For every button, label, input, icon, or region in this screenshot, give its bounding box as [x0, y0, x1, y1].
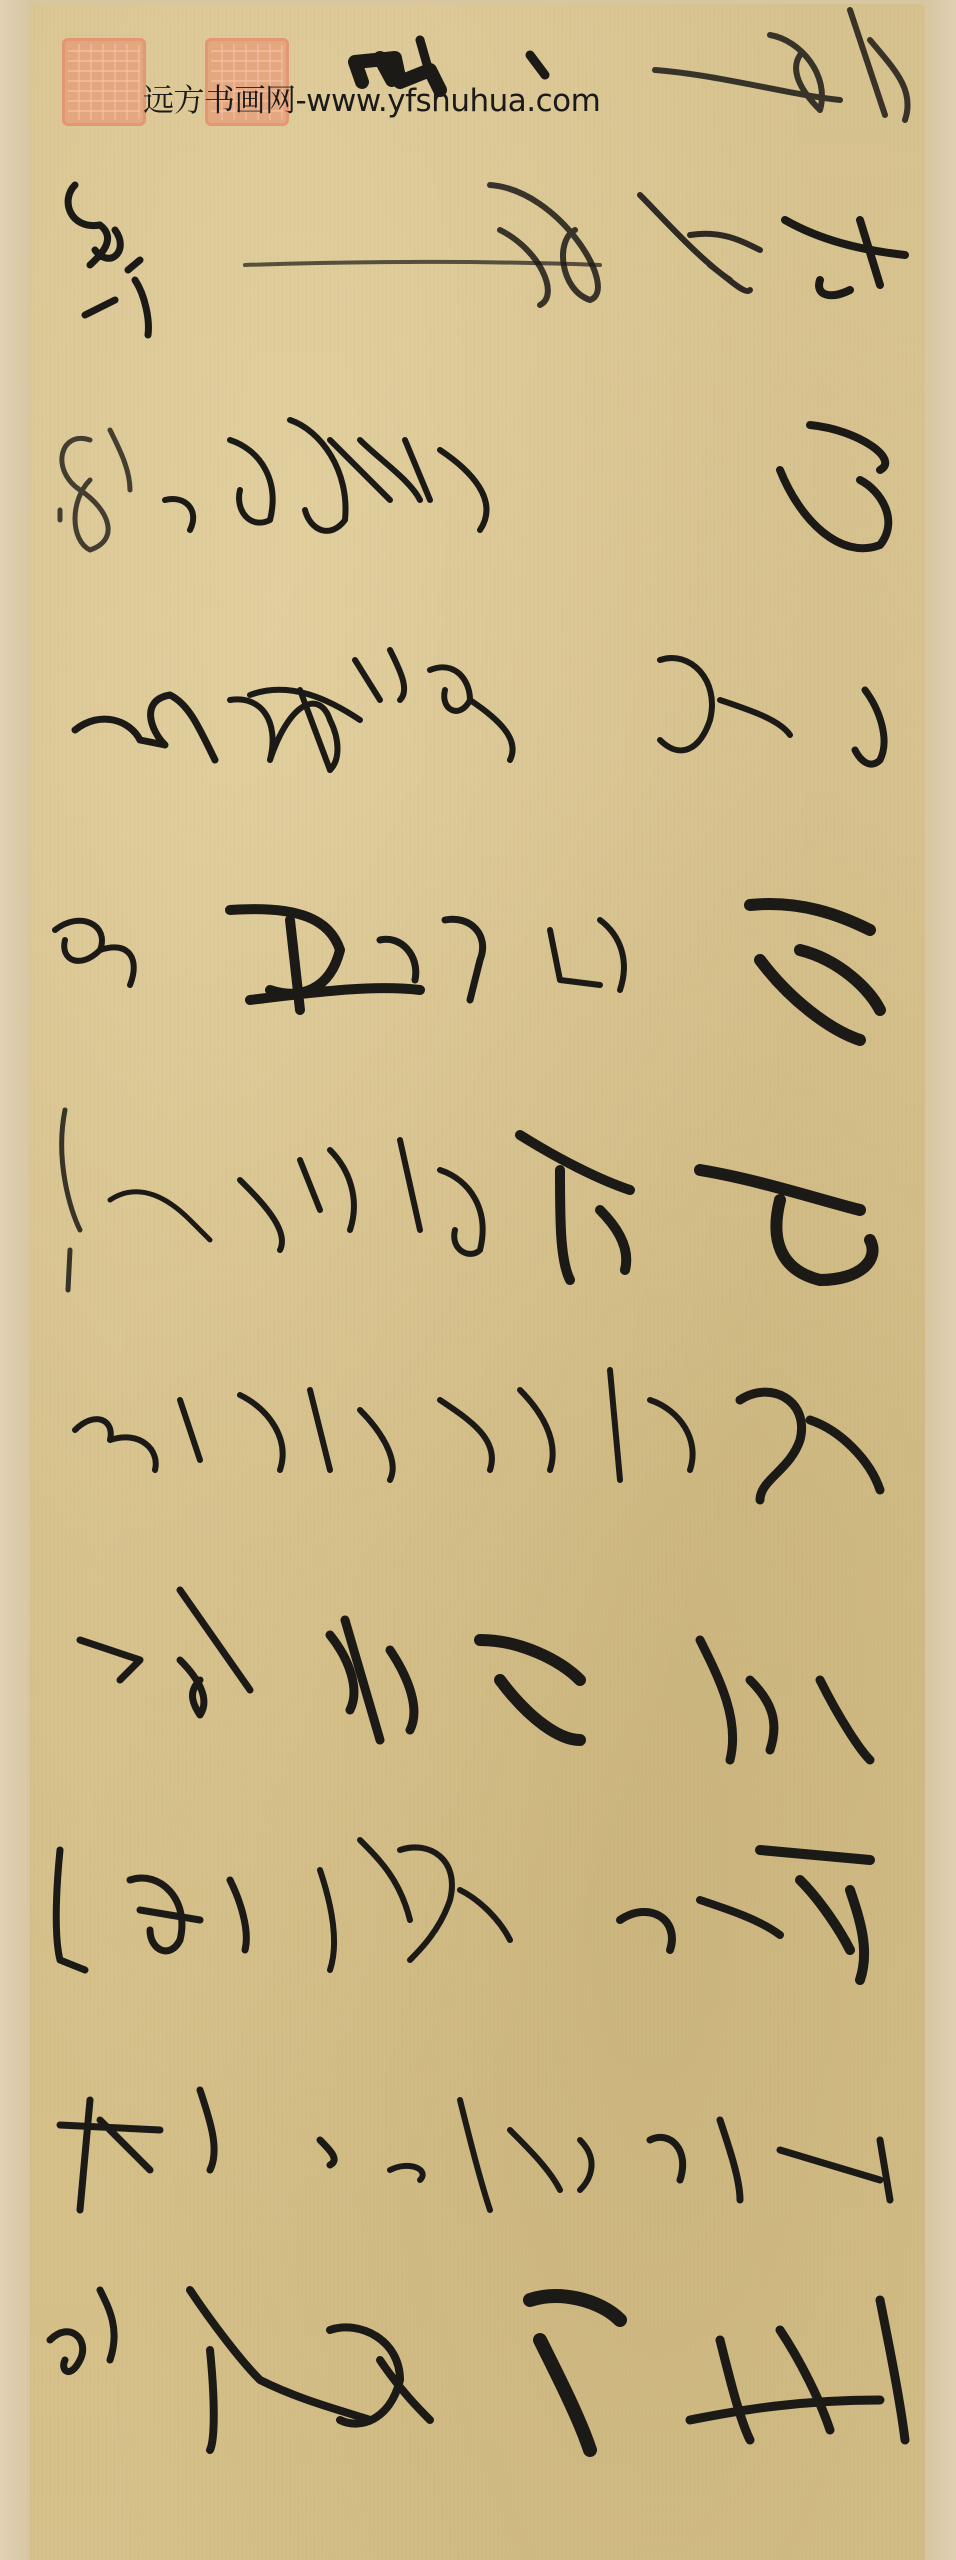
website-watermark: 远方书画网-www.yfshuhua.com: [143, 82, 600, 120]
calligraphy-ink-strokes: [0, 0, 956, 2560]
